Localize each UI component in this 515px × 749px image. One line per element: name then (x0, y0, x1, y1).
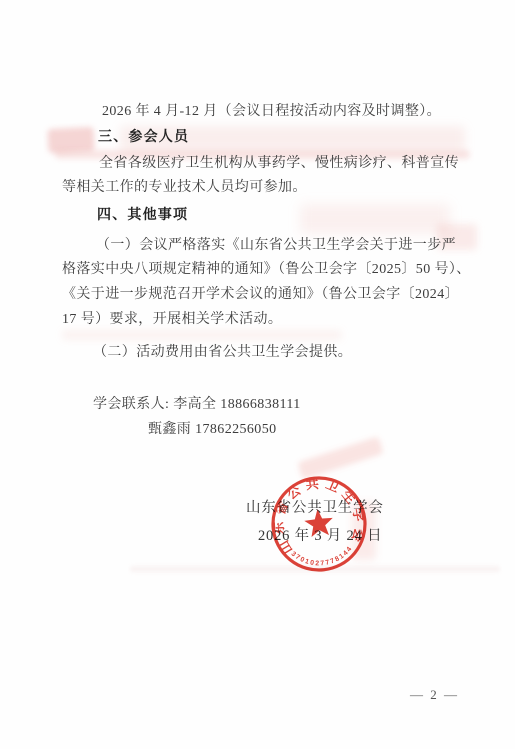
official-seal: 山东省公共卫生学会 3701027778144 (242, 447, 396, 601)
other-item1-line-4: 17 号）要求，开展相关学术活动。 (62, 312, 282, 327)
other-item2-line: （二）活动费用由省公共卫生学会提供。 (93, 345, 352, 360)
other-item1-line-2: 格落实中央八项规定精神的通知》（鲁公卫会字〔2025〕50 号）、 (62, 262, 471, 277)
other-item1-line-3: 《关于进一步规范召开学术会议的通知》（鲁公卫会字〔2024〕 (62, 287, 459, 302)
contact-line-2: 甄鑫雨 17862256050 (148, 422, 277, 437)
ink-bleed-artifact (300, 204, 450, 234)
section4-heading: 四、其他事项 (97, 207, 188, 222)
attendees-line-2: 等相关工作的专业技术人员均可参加。 (62, 180, 307, 195)
schedule-line: 2026 年 4 月-12 月（会议日程按活动内容及时调整）。 (102, 104, 441, 119)
section3-heading: 三、参会人员 (98, 129, 189, 144)
contact-line-1: 学会联系人: 李高全 18866838111 (93, 397, 301, 412)
scanned-document-page: 2026 年 4 月-12 月（会议日程按活动内容及时调整）。 三、参会人员 全… (0, 0, 515, 749)
ink-bleed-artifact (62, 330, 342, 340)
attendees-line-1: 全省各级医疗卫生机构从事药学、慢性病诊疗、科普宣传 (99, 156, 459, 171)
page-number: — 2 — (410, 687, 459, 702)
ink-bleed-artifact (47, 127, 94, 153)
seal-star-icon (303, 508, 334, 538)
other-item1-line-1: （一）会议严格落实《山东省公共卫生学会关于进一步严 (96, 238, 456, 253)
